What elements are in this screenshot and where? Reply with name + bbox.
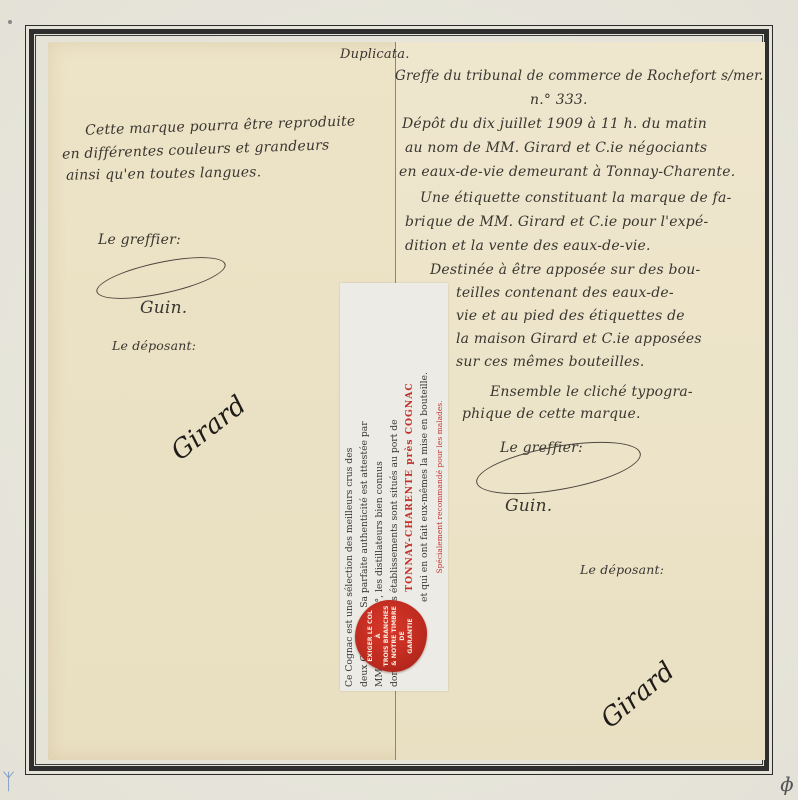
body-line-13: phique de cette marque. [462, 406, 641, 422]
greffier-label-left: Le greffier: [98, 232, 181, 248]
label-line-1: Ce Cognac est une sélection des meilleur… [342, 287, 357, 687]
body-line-5: brique de MM. Girard et C.ie pour l'expé… [405, 214, 708, 230]
body-line-3: en eaux-de-vie demeurant à Tonnay-Charen… [399, 164, 735, 180]
body-line-1: Dépôt du dix juillet 1909 à 11 h. du mat… [402, 116, 707, 132]
seal-text: EXIGER LE COL À TROIS BRANCHES & NOTRE T… [367, 604, 415, 668]
seal-line-5: DE [399, 604, 407, 668]
body-line-12: Ensemble le cliché typogra- [490, 384, 693, 400]
note-line-3: ainsi qu'en toutes langues. [66, 164, 262, 183]
body-line-8: teilles contenant des eaux-de- [456, 285, 674, 301]
body-line-7: Destinée à être apposée sur des bou- [430, 262, 700, 278]
registration-number: n.° 333. [530, 92, 588, 108]
greffier-signature-left: Guin. [140, 298, 187, 318]
body-line-2: au nom de MM. Girard et C.ie négociants [405, 140, 707, 156]
red-wax-seal: EXIGER LE COL À TROIS BRANCHES & NOTRE T… [355, 600, 427, 672]
seal-line-2: À [375, 604, 383, 668]
body-line-4: Une étiquette constituant la marque de f… [420, 190, 732, 206]
deposant-label-left: Le déposant: [112, 338, 196, 353]
greffier-signature-right: Guin. [505, 496, 552, 516]
body-line-10: la maison Girard et C.ie apposées [456, 331, 702, 347]
body-line-11: sur ces mêmes bouteilles. [456, 354, 645, 370]
deposant-label-right: Le déposant: [580, 562, 664, 577]
body-line-6: dition et la vente des eaux-de-vie. [405, 238, 651, 254]
seal-line-1: EXIGER LE COL [367, 604, 375, 668]
body-line-9: vie et au pied des étiquettes de [456, 308, 685, 324]
pencil-mark-corner: ɸ [780, 772, 794, 796]
seal-line-4: & NOTRE TIMBRE [391, 604, 399, 668]
blue-pencil-mark: ᛉ [2, 770, 15, 795]
seal-line-6: GARANTIE [407, 604, 415, 668]
office-heading: Greffe du tribunal de commerce de Rochef… [395, 68, 764, 84]
label-footnote: Spécialement recommandé pour les malades… [432, 287, 447, 687]
seal-line-3: TROIS BRANCHES [383, 604, 391, 668]
duplicata-header: Duplicata. [340, 47, 410, 62]
spot-mark [8, 20, 12, 24]
